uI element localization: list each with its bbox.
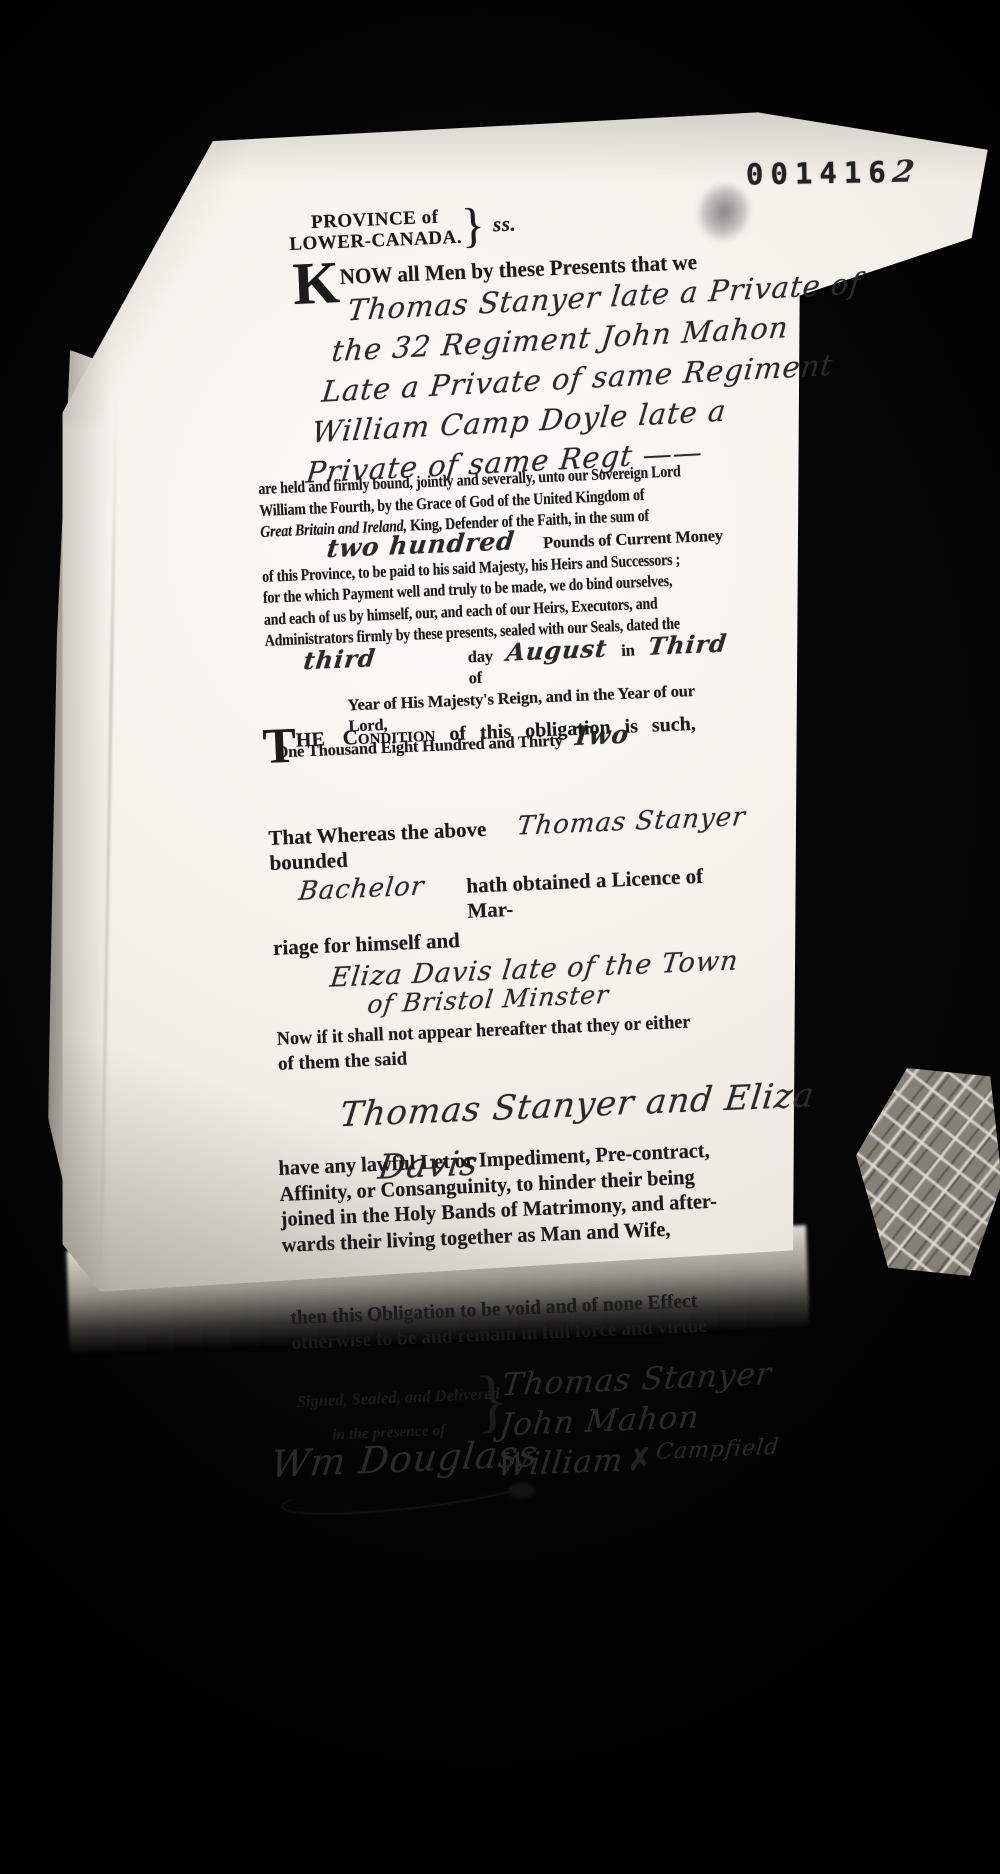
ss-abbreviation: ss. — [493, 214, 517, 236]
handwritten-couple-names: Thomas Stanyer and Eliza — [338, 1075, 817, 1135]
bond-day-of: day of — [467, 645, 498, 689]
stamp-digits: 001416 — [746, 155, 893, 192]
scanned-document-photo: 0014162 PROVINCE of LOWER-CANADA. } ss. … — [0, 0, 1000, 1874]
handwritten-day: third — [302, 643, 377, 675]
province-heading: PROVINCE of LOWER-CANADA. } ss. — [288, 202, 517, 255]
principal-signatures: Thomas Stanyer John Mahon William ✗ Camp… — [501, 1354, 780, 1485]
whereas-section: That Whereas the above bounded Thomas St… — [268, 806, 761, 1192]
province-lines: PROVINCE of LOWER-CANADA. — [288, 205, 462, 254]
handwritten-parties: Thomas Stanyer late a Private of the 32 … — [295, 266, 871, 489]
stamp-hand-suffix: 2 — [890, 154, 916, 189]
signing-block: Signed, Sealed, and Delivered in the pre… — [296, 1364, 776, 1384]
whereas-line1: That Whereas the above bounded — [268, 816, 507, 876]
attestation-line1: Signed, Sealed, and Delivered — [296, 1383, 500, 1411]
signature: Thomas Stanyer — [500, 1354, 774, 1406]
bond-in-word: in — [621, 639, 635, 661]
stamp-number: 0014162 — [746, 155, 914, 193]
signature-surname: Campfield — [655, 1435, 781, 1465]
condition-rest: of this obligation is such, — [449, 713, 696, 745]
handwritten-status: Bachelor — [297, 871, 426, 906]
whereas-line2: hath obtained a Licence of Mar- — [466, 862, 750, 924]
his-mark-x: ✗ — [627, 1443, 654, 1477]
condition-word: Condition — [342, 722, 436, 750]
brace-glyph: } — [461, 204, 486, 248]
handwritten-month: August — [505, 633, 609, 666]
signature: William — [495, 1440, 625, 1486]
folded-corner-shadow — [55, 125, 245, 425]
dropcap-t: T — [262, 727, 297, 766]
condition-he: HE — [295, 728, 325, 751]
impediment-paragraph: have any lawful Let or Impediment, Pre-c… — [278, 1136, 752, 1258]
handwritten-regnal-year: Third — [647, 628, 729, 660]
seal-pattern — [856, 1068, 1000, 1276]
